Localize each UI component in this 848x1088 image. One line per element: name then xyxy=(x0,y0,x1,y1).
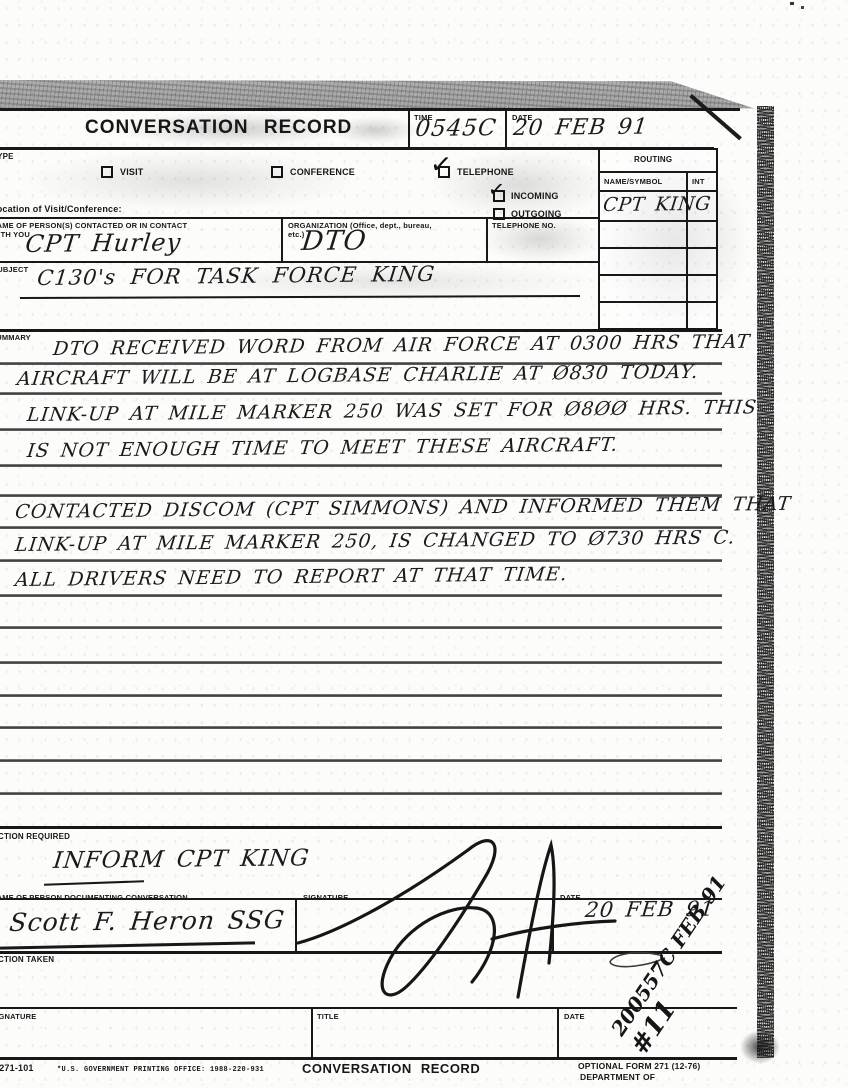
contact-row-bottom-line xyxy=(0,261,598,263)
footer-top-border xyxy=(0,1057,737,1060)
form-top-border xyxy=(0,108,740,111)
documenting-name-value-handwritten: Scott F. Heron SSG xyxy=(8,905,287,937)
summary-rule xyxy=(0,559,722,562)
footer-form-code: 0271-101 xyxy=(0,1063,34,1073)
visit-label: VISIT xyxy=(120,167,144,177)
location-label: Location of Visit/Conference: xyxy=(0,204,122,214)
routing-name-value-handwritten: CPT KING xyxy=(602,193,712,216)
summary-rule xyxy=(0,626,722,629)
routing-row-line xyxy=(600,220,716,222)
routing-row-line xyxy=(600,247,716,249)
summary-rule xyxy=(0,759,722,762)
scan-speck xyxy=(790,2,794,5)
routing-colhead-divider xyxy=(600,190,716,192)
time-value-handwritten: 0545C xyxy=(414,115,498,142)
summary-rule xyxy=(0,392,722,395)
routing-row-line xyxy=(600,274,716,276)
scan-blotch xyxy=(20,150,360,212)
routing-header-divider xyxy=(600,171,716,173)
conference-checkbox xyxy=(271,166,283,178)
summary-rule xyxy=(0,594,722,597)
form-title: CONVERSATION RECORD xyxy=(85,117,352,139)
subject-handwritten-underline xyxy=(20,295,580,299)
contact-name-value-handwritten: CPT Hurley xyxy=(24,228,183,258)
summary-rule xyxy=(0,464,722,467)
incoming-label: INCOMING xyxy=(511,191,559,201)
summary-label: SUMMARY xyxy=(0,333,31,342)
documenting-name-underline xyxy=(0,941,255,949)
footer-department-line: DEPARTMENT OF xyxy=(580,1072,655,1082)
footer-gpo-line: *U.S. GOVERNMENT PRINTING OFFICE: 1988-2… xyxy=(57,1066,264,1074)
summary-line-1: DTO RECEIVED WORD FROM AIR FORCE AT 0300… xyxy=(52,331,751,360)
subject-label: SUBJECT xyxy=(0,265,28,274)
action-required-value-handwritten: INFORM CPT KING xyxy=(52,845,311,874)
incoming-checkmark: ✓ xyxy=(487,178,506,200)
routing-name-col-header: NAME/SYMBOL xyxy=(604,177,662,186)
footer-optional-form: OPTIONAL FORM 271 (12-76) xyxy=(578,1061,700,1071)
scan-top-edge-shadow xyxy=(0,76,754,109)
action-required-label: ACTION REQUIRED xyxy=(0,832,70,841)
conference-label: CONFERENCE xyxy=(290,167,355,177)
summary-rule xyxy=(0,792,722,795)
phone-cell-divider xyxy=(486,217,488,262)
organization-value-handwritten: DTO xyxy=(300,225,368,257)
summary-line-5: CONTACTED DISCOM (CPT SIMMONS) AND INFOR… xyxy=(14,493,792,523)
routing-row-line xyxy=(600,301,716,303)
telephone-label: TELEPHONE xyxy=(457,167,514,177)
action-taken-label: ACTION TAKEN xyxy=(0,955,54,964)
date-cell-divider xyxy=(505,108,507,148)
signature-scrawl xyxy=(280,815,680,1025)
routing-int-col-header: INT xyxy=(692,177,705,186)
time-cell-divider xyxy=(408,108,410,148)
summary-rule xyxy=(0,726,722,729)
visit-checkbox xyxy=(101,166,113,178)
routing-box xyxy=(598,148,718,330)
documenting-name-label: NAME OF PERSON DOCUMENTING CONVERSATION xyxy=(0,893,188,902)
scanned-conversation-record-form: CONVERSATION RECORD TIME 0545C DATE 20 F… xyxy=(0,0,848,1088)
subject-value-handwritten: C130's FOR TASK FORCE KING xyxy=(36,262,436,290)
footer-title: CONVERSATION RECORD xyxy=(302,1061,480,1076)
type-label: TYPE xyxy=(0,152,14,161)
summary-line-4: IS NOT ENOUGH TIME TO MEET THESE AIRCRAF… xyxy=(26,434,620,462)
bottom-signature-label: SIGNATURE xyxy=(0,1012,36,1021)
action-required-flourish-underline xyxy=(44,880,144,885)
summary-line-6: LINK-UP AT MILE MARKER 250, IS CHANGED T… xyxy=(14,526,737,556)
summary-line-3: LINK-UP AT MILE MARKER 250 WAS SET FOR Ø… xyxy=(26,396,758,426)
date-value-handwritten: 20 FEB 91 xyxy=(512,115,649,141)
telephone-no-label: TELEPHONE NO. xyxy=(492,221,556,230)
routing-title: ROUTING xyxy=(634,155,672,164)
summary-top-border xyxy=(0,329,722,332)
summary-rule xyxy=(0,428,722,431)
telephone-checkmark: ✓ xyxy=(429,151,453,179)
scan-speck xyxy=(801,6,804,9)
scan-right-edge-shadow xyxy=(757,106,774,1058)
summary-line-7: ALL DRIVERS NEED TO REPORT AT THAT TIME. xyxy=(14,563,569,591)
org-cell-divider xyxy=(281,217,283,262)
summary-rule xyxy=(0,661,722,664)
summary-line-2: AIRCRAFT WILL BE AT LOGBASE CHARLIE AT Ø… xyxy=(16,361,700,390)
contact-row-top-line xyxy=(0,217,598,219)
summary-rule xyxy=(0,694,722,697)
